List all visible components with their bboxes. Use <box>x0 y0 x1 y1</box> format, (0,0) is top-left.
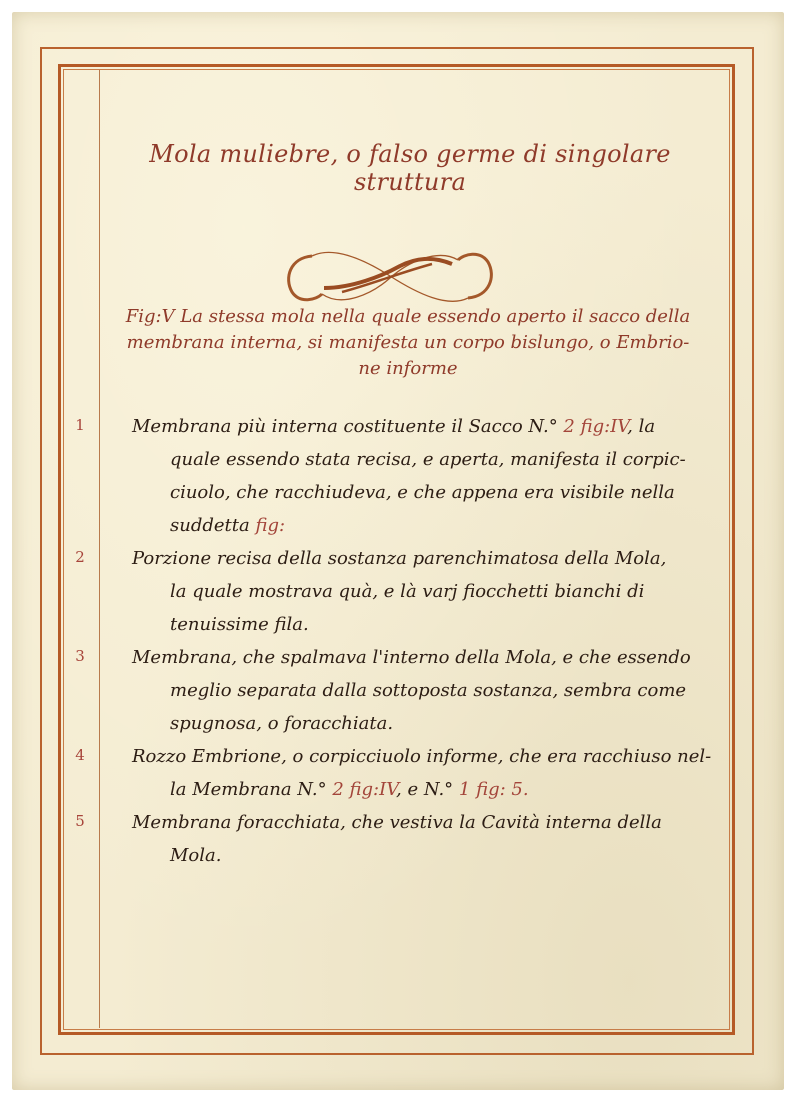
entry-text: meglio separata dalla sottoposta sostanz… <box>132 674 716 707</box>
entry-text: la Membrana N.° <box>170 779 332 800</box>
caption-line: Fig:V La stessa mola nella quale essendo… <box>100 304 716 330</box>
entry-text: , e N.° <box>396 779 459 800</box>
entry-text: suddetta <box>170 515 255 536</box>
entry-text: . <box>523 779 529 800</box>
figure-reference: fig: <box>255 515 285 536</box>
legend-entry-1: 1 Membrana più interna costituente il Sa… <box>66 410 716 542</box>
entry-text: Mola. <box>132 839 716 872</box>
entry-number: 4 <box>66 746 94 764</box>
entry-text: Porzione recisa della sostanza parenchim… <box>132 542 716 575</box>
entry-text: Membrana più interna costituente il Sacc… <box>132 416 563 437</box>
legend-entry-4: 4 Rozzo Embrione, o corpicciuolo informe… <box>66 740 716 806</box>
entry-number: 1 <box>66 416 94 434</box>
entry-text: quale essendo stata recisa, e aperta, ma… <box>132 443 716 476</box>
entry-number: 3 <box>66 647 94 665</box>
legend-entry-2: 2 Porzione recisa della sostanza parench… <box>66 542 716 641</box>
flourish-ornament-icon <box>282 248 498 306</box>
entry-text: Membrana foracchiata, che vestiva la Cav… <box>132 806 716 839</box>
figure-reference: 2 fig:IV <box>332 779 396 800</box>
figure-reference: 1 fig: 5 <box>459 779 523 800</box>
entry-number: 2 <box>66 548 94 566</box>
figure-caption: Fig:V La stessa mola nella quale essendo… <box>100 304 716 382</box>
entry-text: Membrana, che spalmava l'interno della M… <box>132 641 716 674</box>
entry-text: Rozzo Embrione, o corpicciuolo informe, … <box>132 740 716 773</box>
entry-text: la quale mostrava quà, e là varj fiocche… <box>132 575 716 608</box>
legend-entry-3: 3 Membrana, che spalmava l'interno della… <box>66 641 716 740</box>
figure-reference: 2 fig:IV <box>563 416 627 437</box>
entry-text: tenuissime fila. <box>132 608 716 641</box>
caption-line: ne informe <box>100 356 716 382</box>
entry-number: 5 <box>66 812 94 830</box>
legend-entries: 1 Membrana più interna costituente il Sa… <box>66 410 716 872</box>
entry-text: , la <box>627 416 655 437</box>
page-title: Mola muliebre, o falso germe di singolar… <box>100 140 720 196</box>
caption-line: membrana interna, si manifesta un corpo … <box>100 330 716 356</box>
legend-entry-5: 5 Membrana foracchiata, che vestiva la C… <box>66 806 716 872</box>
entry-text: ciuolo, che racchiudeva, e che appena er… <box>132 476 716 509</box>
entry-text: spugnosa, o foracchiata. <box>132 707 716 740</box>
